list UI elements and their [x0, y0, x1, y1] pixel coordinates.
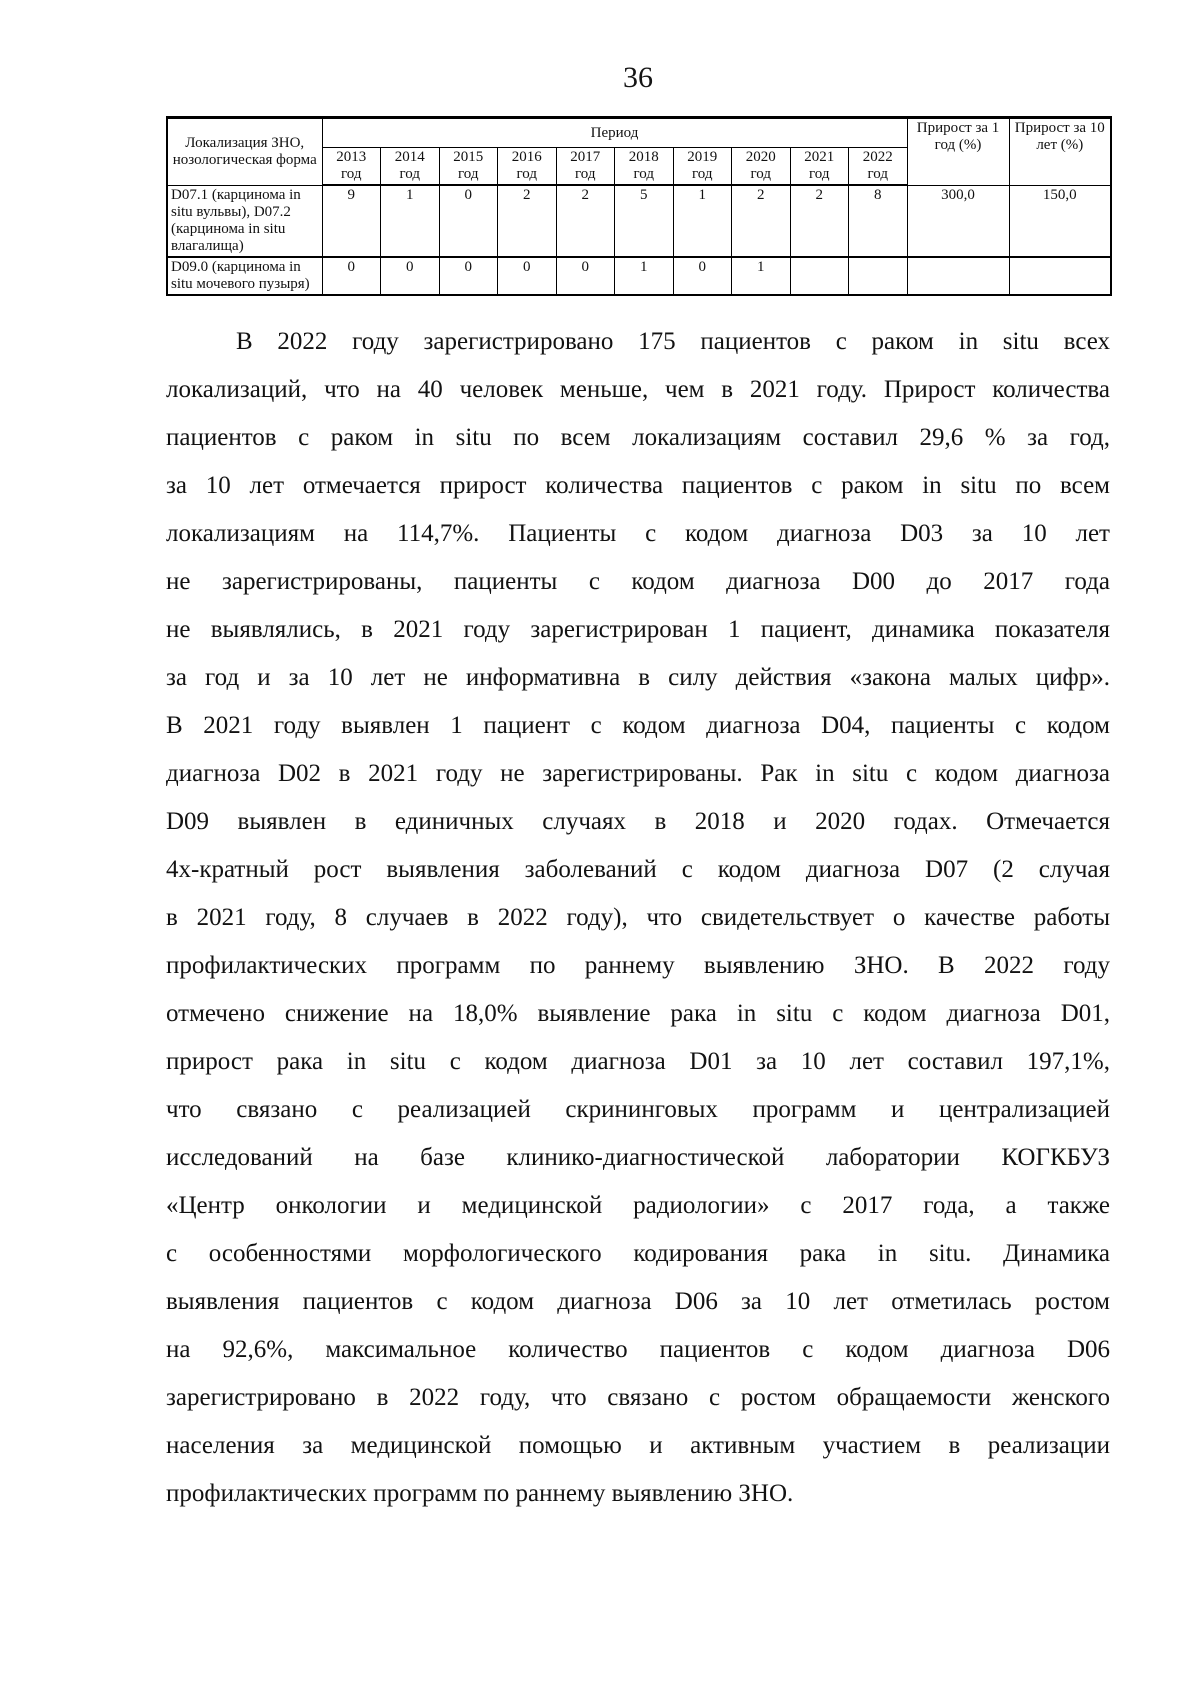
paragraph-line: что связано с реализацией скрининговых п…	[166, 1086, 1110, 1134]
year-word: год	[677, 166, 729, 183]
year-value: 0	[381, 257, 440, 295]
year-value: 0	[556, 257, 615, 295]
year-value: 2	[732, 185, 791, 257]
year-word: год	[735, 166, 787, 183]
paragraph-line: в 2021 году, 8 случаев в 2022 году), что…	[166, 894, 1110, 942]
year-header: 2022год	[849, 148, 908, 186]
paragraph-line: исследований на базе клинико-диагностиче…	[166, 1134, 1110, 1182]
col-header-growth-10yr: Прирост за 10 лет (%)	[1009, 118, 1111, 186]
year-header: 2020год	[732, 148, 791, 186]
paragraph-line: «Центр онкологии и медицинской радиологи…	[166, 1182, 1110, 1230]
col-header-period: Период	[322, 118, 907, 148]
year-word: год	[794, 166, 846, 183]
paragraph-line: профилактических программ по раннему выя…	[166, 942, 1110, 990]
year-value: 1	[732, 257, 791, 295]
paragraph-line: локализациям на 114,7%. Пациенты с кодом…	[166, 510, 1110, 558]
year-header: 2015год	[439, 148, 498, 186]
paragraph-line: 4х-кратный рост выявления заболеваний с …	[166, 846, 1110, 894]
year-header: 2019год	[673, 148, 732, 186]
paragraph-line: не зарегистрированы, пациенты с кодом ди…	[166, 558, 1110, 606]
year-word: год	[618, 166, 670, 183]
paragraph-line: отмечено снижение на 18,0% выявление рак…	[166, 990, 1110, 1038]
year-value	[849, 257, 908, 295]
paragraph-line: выявления пациентов с кодом диагноза D06…	[166, 1278, 1110, 1326]
paragraph-line: прирост рака in situ с кодом диагноза D0…	[166, 1038, 1110, 1086]
paragraph: В 2022 году зарегистрировано 175 пациент…	[166, 318, 1110, 1518]
growth-1yr-value: 300,0	[907, 185, 1009, 257]
year-word: год	[326, 166, 378, 183]
year-word: год	[560, 166, 612, 183]
growth-10yr-value	[1009, 257, 1111, 295]
year-value: 0	[439, 257, 498, 295]
year-header: 2021год	[790, 148, 849, 186]
year-word: год	[384, 166, 436, 183]
growth-10yr-value: 150,0	[1009, 185, 1111, 257]
year-number: 2017	[560, 149, 612, 166]
paragraph-line: зарегистрировано в 2022 году, что связан…	[166, 1374, 1110, 1422]
paragraph-line: локализаций, что на 40 человек меньше, ч…	[166, 366, 1110, 414]
year-number: 2015	[443, 149, 495, 166]
paragraph-line: за 10 лет отмечается прирост количества …	[166, 462, 1110, 510]
year-value: 1	[615, 257, 674, 295]
row-localization: D09.0 (карцинома in situ мочевого пузыря…	[167, 257, 322, 295]
year-number: 2018	[618, 149, 670, 166]
year-value: 5	[615, 185, 674, 257]
paragraph-line: населения за медицинской помощью и актив…	[166, 1422, 1110, 1470]
table-header-row: Локализация ЗНО, нозологическая форма Пе…	[167, 118, 1111, 148]
row-localization: D07.1 (карцинома in situ вульвы), D07.2 …	[167, 185, 322, 257]
year-value: 2	[498, 185, 557, 257]
year-word: год	[501, 166, 553, 183]
year-number: 2021	[794, 149, 846, 166]
year-value: 0	[673, 257, 732, 295]
paragraph-line: пациентов с раком in situ по всем локали…	[166, 414, 1110, 462]
table-row: D09.0 (карцинома in situ мочевого пузыря…	[167, 257, 1111, 295]
incidence-table: Локализация ЗНО, нозологическая форма Пе…	[166, 116, 1112, 296]
paragraph-line: диагноза D02 в 2021 году не зарегистриро…	[166, 750, 1110, 798]
year-number: 2020	[735, 149, 787, 166]
year-value: 2	[790, 185, 849, 257]
paragraph-line: В 2021 году выявлен 1 пациент с кодом ди…	[166, 702, 1110, 750]
year-value: 2	[556, 185, 615, 257]
year-value: 9	[322, 185, 381, 257]
paragraph-line: на 92,6%, максимальное количество пациен…	[166, 1326, 1110, 1374]
year-number: 2019	[677, 149, 729, 166]
year-number: 2016	[501, 149, 553, 166]
year-value: 1	[381, 185, 440, 257]
document-page: 36 Локализация ЗНО, нозологическая форма…	[0, 0, 1200, 1695]
year-word: год	[852, 166, 904, 183]
paragraph-line: В 2022 году зарегистрировано 175 пациент…	[166, 318, 1110, 366]
year-value: 0	[322, 257, 381, 295]
year-header: 2014год	[381, 148, 440, 186]
paragraph-line: с особенностями морфологического кодиров…	[166, 1230, 1110, 1278]
year-number: 2014	[384, 149, 436, 166]
page-number: 36	[166, 62, 1110, 94]
year-value	[790, 257, 849, 295]
table-row: D07.1 (карцинома in situ вульвы), D07.2 …	[167, 185, 1111, 257]
table-body: D07.1 (карцинома in situ вульвы), D07.2 …	[167, 185, 1111, 295]
year-header: 2018год	[615, 148, 674, 186]
growth-1yr-value	[907, 257, 1009, 295]
year-number: 2022	[852, 149, 904, 166]
year-number: 2013	[326, 149, 378, 166]
col-header-growth-1yr: Прирост за 1 год (%)	[907, 118, 1009, 186]
year-value: 0	[439, 185, 498, 257]
col-header-localization: Локализация ЗНО, нозологическая форма	[167, 118, 322, 186]
paragraph-line: D09 выявлен в единичных случаях в 2018 и…	[166, 798, 1110, 846]
paragraph-line: профилактических программ по раннему выя…	[166, 1470, 1110, 1518]
year-value: 1	[673, 185, 732, 257]
year-value: 8	[849, 185, 908, 257]
year-header: 2016год	[498, 148, 557, 186]
paragraph-line: не выявлялись, в 2021 году зарегистриров…	[166, 606, 1110, 654]
year-header: 2017год	[556, 148, 615, 186]
year-header: 2013год	[322, 148, 381, 186]
year-value: 0	[498, 257, 557, 295]
paragraph-line: за год и за 10 лет не информативна в сил…	[166, 654, 1110, 702]
year-word: год	[443, 166, 495, 183]
